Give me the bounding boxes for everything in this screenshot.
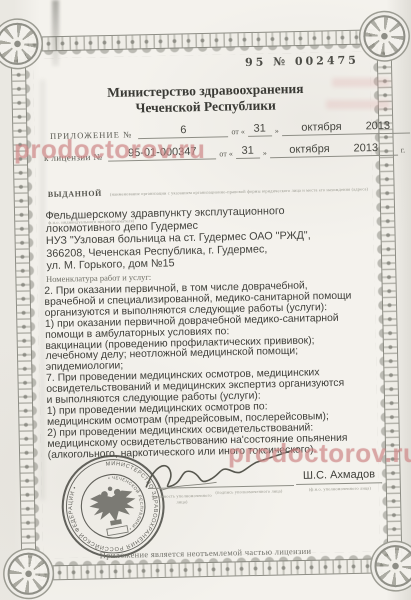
appendix-month: октября bbox=[301, 121, 342, 134]
certificate-content: 95 № 002475 Министерство здравоохранения… bbox=[0, 0, 411, 600]
from-label: от « bbox=[228, 127, 248, 137]
license-serial-number: 95 № 002475 bbox=[245, 53, 375, 69]
scan-streak-artifact bbox=[52, 0, 59, 66]
watermark-text: prodoctorov.ru bbox=[228, 440, 411, 466]
nomenclature-label: Номенклатура работ и услуг: bbox=[46, 272, 151, 284]
signature-caption: (подпись уполномоченного лица) bbox=[206, 488, 292, 496]
paper-tilt-wrapper: 95 № 002475 Министерство здравоохранения… bbox=[0, 0, 411, 600]
license-month: октября bbox=[289, 143, 330, 156]
license-date-field: октября 2013 bbox=[270, 142, 398, 159]
appendix-date-field: октября 2013 bbox=[282, 119, 410, 136]
ink-bleed-ghost bbox=[332, 78, 390, 87]
from-label: от « bbox=[216, 149, 236, 159]
position-caption: (должность уполномоченного лица) bbox=[150, 493, 214, 506]
watermark-text: prodoctorov.ru bbox=[14, 136, 205, 162]
signatory-name: Ш.С. Ахмадов bbox=[296, 468, 382, 485]
footer-note: Приложение является неотъемлемой частью … bbox=[0, 544, 411, 563]
signatory-name-caption: (ф.и.о. уполномоченного лица) bbox=[298, 485, 382, 493]
appendix-year: 2013 bbox=[366, 120, 391, 133]
appendix-day-field: 31 bbox=[248, 122, 272, 136]
organization-block: Фельдшерскому здравпункту эксплутационно… bbox=[45, 203, 381, 273]
close-quote: » bbox=[272, 126, 282, 136]
year-abbrev: г. bbox=[398, 145, 409, 155]
license-day-field: 31 bbox=[236, 144, 260, 158]
scanned-certificate-page: 95 № 002475 Министерство здравоохранения… bbox=[0, 0, 411, 600]
license-year: 2013 bbox=[353, 142, 378, 155]
works-and-services-text: 2. При оказании первичной, в том числе д… bbox=[44, 280, 396, 462]
close-quote: » bbox=[260, 148, 270, 158]
ink-bleed-ghost bbox=[326, 100, 390, 109]
issued-label: ВЫДАННОЙ bbox=[48, 189, 106, 199]
